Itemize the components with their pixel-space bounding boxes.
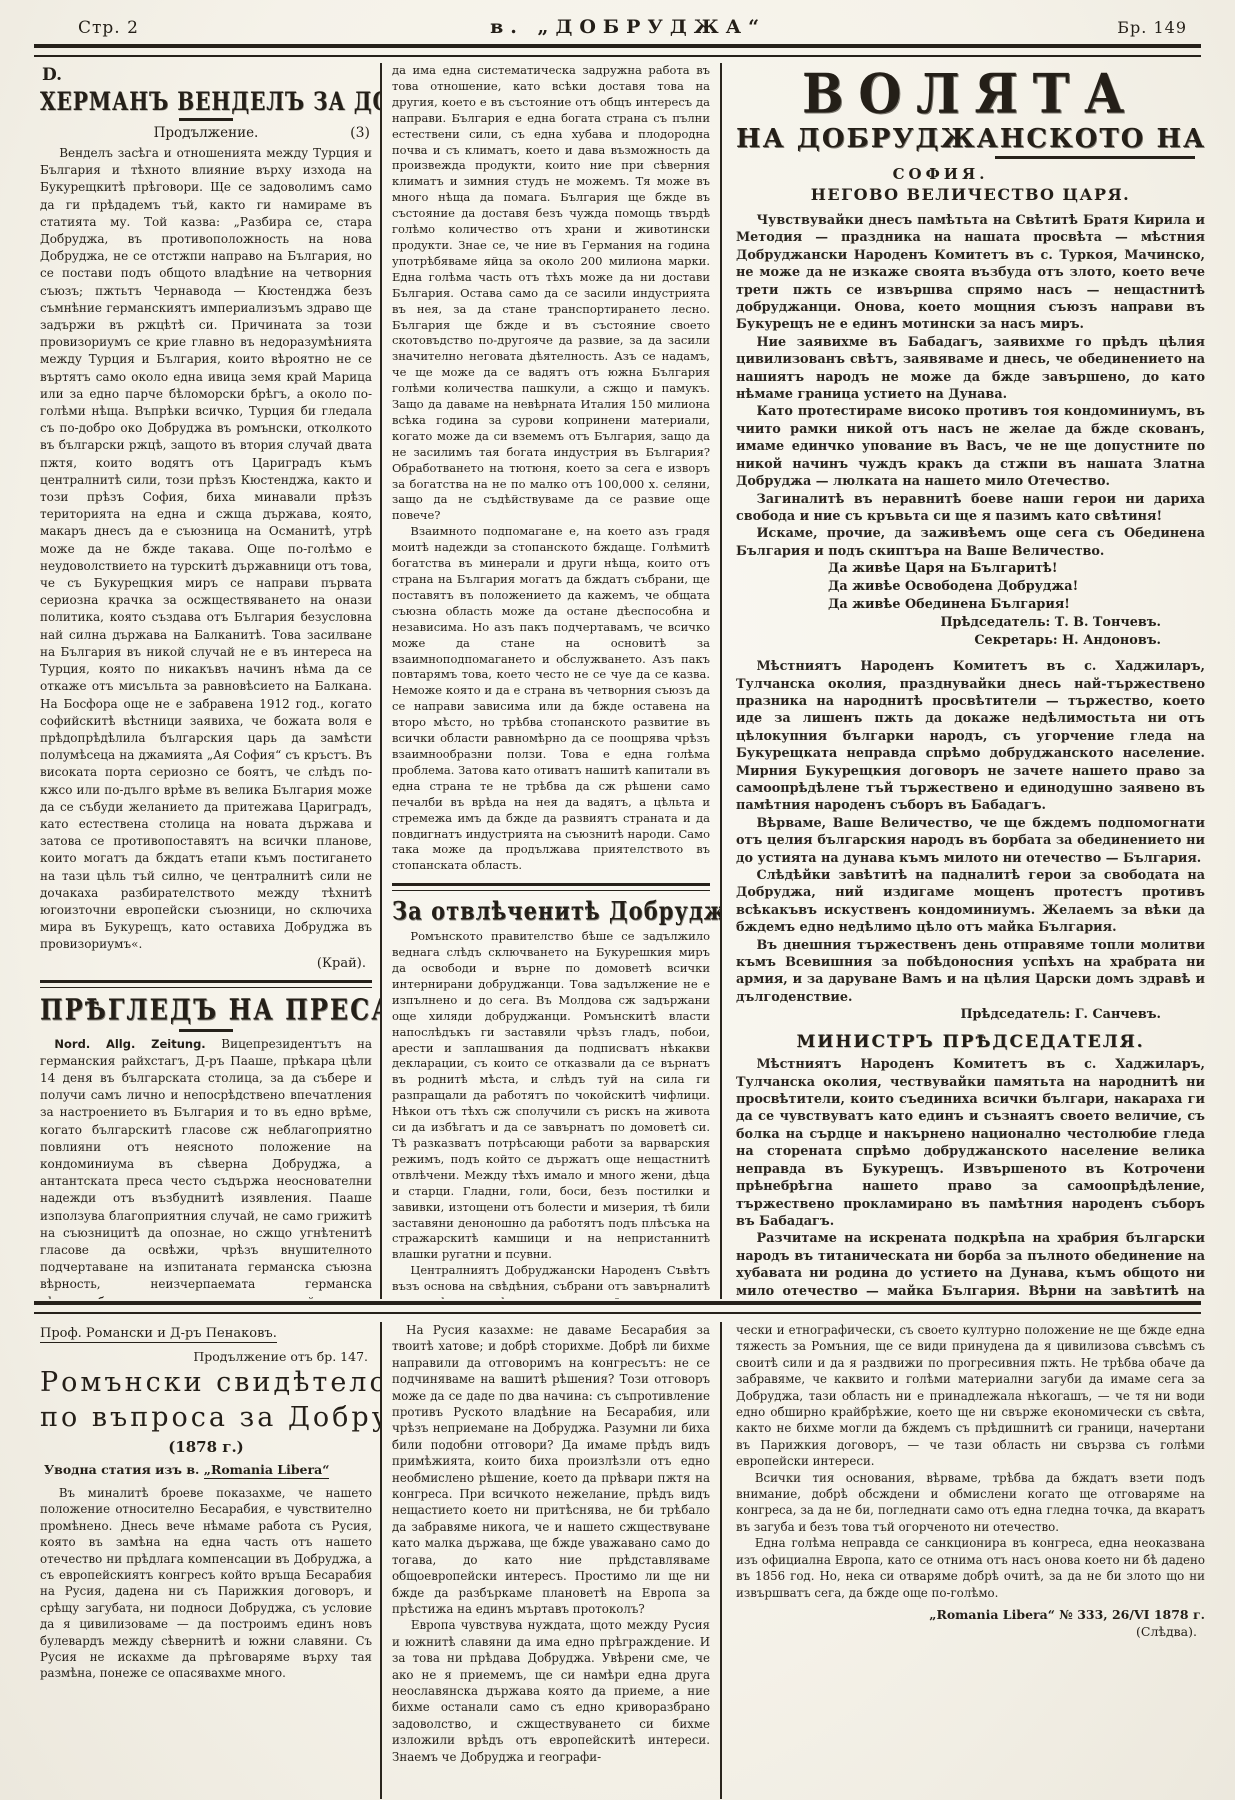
authors-byline: Проф. Романски и Д-ръ Пенаковъ. <box>40 1326 277 1343</box>
wendel-article-title: ХЕРМАНЪ ВЕНДЕЛЪ ЗА ДОБРУДЖА. <box>40 86 372 116</box>
appeal-paragraph: Слѣдѣйки завѣтитѣ на падналитѣ герои за … <box>736 867 1205 937</box>
wendel-paragraph: Венделъ засѣга и отношенията между Турци… <box>40 145 372 954</box>
press-review-paragraph: Nord. Allg. Zeitung. Вицепрезидентътъ на… <box>40 1036 372 1299</box>
romanian-paragraph: Европа чувствува нуждата, щото между Рус… <box>392 1617 710 1765</box>
appeal-paragraph: Вѣрваме, Ваше Величество, че ще бждемъ п… <box>736 815 1205 867</box>
signature-chairman: Прѣдседатель: Т. В. Тончевъ. <box>736 614 1161 632</box>
minister-president-heading: МИНИСТРЪ ПРѢДСЕДАТЕЛЯ. <box>736 1032 1205 1052</box>
appeal-paragraph: Мѣстниятъ Народенъ Комитетъ въ с. Хаджил… <box>736 658 1205 815</box>
column-3: ВОЛЯТА НА ДОБРУДЖАНСКОТО НАСЕЛЕНИЕ СОФИЯ… <box>722 63 1205 1299</box>
newspaper-page: Стр. 2 в. „ДОБРУДЖА“ Бр. 149 D. ХЕРМАНЪ … <box>0 0 1235 1800</box>
title-rule <box>179 118 233 121</box>
press-review-title: ПРѢГЛЕДЪ НА ПРЕСАТА. <box>40 992 372 1027</box>
newspaper-title: в. „ДОБРУДЖА“ <box>490 16 766 38</box>
appeal-title-line2: НА ДОБРУДЖАНСКОТО НАСЕЛЕНИЕ <box>736 124 1205 154</box>
masthead: Стр. 2 в. „ДОБРУДЖА“ Бр. 149 <box>0 0 1235 42</box>
masthead-rule <box>34 44 1201 57</box>
appeal-paragraph: Като протестираме високо противъ тоя кон… <box>736 403 1205 490</box>
appeal-paragraph: Ние заявихме въ Бабадагъ, заявихме го пр… <box>736 334 1205 404</box>
subhead-source-name: „Romania Libera“ <box>204 1462 330 1479</box>
bottom-column-2: На Русия казахме: не даваме Бесарабия за… <box>380 1322 722 1799</box>
slogan: Да живѣе Освободена Добруджа! <box>828 578 1205 596</box>
signature-secretary: Секретарь: Н. Андоновъ. <box>736 632 1161 650</box>
abducted-paragraph: Централниятъ Добруджански Народенъ Съвѣт… <box>392 1263 710 1299</box>
section-rule <box>392 883 710 891</box>
press-continuation-paragraph: Взаимното подпомагане е, на което азъ гр… <box>392 524 710 874</box>
issue-number: Бр. 149 <box>1117 18 1187 37</box>
article-subhead: Уводна статия изъ в. „Romania Libera“ <box>44 1462 372 1477</box>
title-rule <box>179 1029 233 1032</box>
wendel-subtitle-row: Продължение. (3) <box>40 125 372 141</box>
romanian-article-title-line2: по въпроса за Добруджа. <box>40 1401 372 1434</box>
press-review-text: Вицепрезидентътъ на германския райхстагъ… <box>40 1037 372 1299</box>
dateline: СОФИЯ. <box>736 165 1145 183</box>
part-number: (3) <box>350 125 370 141</box>
romanian-paragraph: чески и етнографически, съ своето култур… <box>736 1322 1205 1470</box>
romanian-article-title-line1: Ромънски свидѣтелства <box>40 1366 372 1399</box>
bottom-column-3: чески и етнографически, съ своето култур… <box>722 1322 1205 1799</box>
bottom-column-1: Проф. Романски и Д-ръ Пенаковъ. Продълже… <box>40 1322 380 1799</box>
appeal-paragraph: Мѣстниятъ Народенъ Комитетъ въ с. Хаджил… <box>736 1056 1205 1230</box>
romanian-paragraph: Една голѣма неправда се санкционира въ к… <box>736 1535 1205 1601</box>
appeal-title-line1: ВОЛЯТА <box>724 63 1205 126</box>
bottom-section: Проф. Романски и Д-ръ Пенаковъ. Продълже… <box>0 1314 1235 1799</box>
article-kicker: D. <box>42 65 372 85</box>
appeal-paragraph: Чувствувайки днесъ памѣтьта на Свѣтитѣ Б… <box>736 212 1205 334</box>
romanian-paragraph: На Русия казахме: не даваме Бесарабия за… <box>392 1322 710 1617</box>
press-source-name: Nord. Allg. Zeitung. <box>54 1037 205 1051</box>
article-year: (1878 г.) <box>40 1438 372 1456</box>
appeal-paragraph: Въ днешния тържественъ день отправяме то… <box>736 937 1205 1007</box>
romanian-paragraph: Всички тия основания, вѣрваме, трѣбва да… <box>736 1470 1205 1536</box>
slogan: Да живѣе Обединена България! <box>828 596 1205 614</box>
slogan: Да живѣе Царя на Българитѣ! <box>828 560 1205 578</box>
romanian-paragraph: Въ миналитѣ броеве показахме, че нашето … <box>40 1485 372 1682</box>
abducted-paragraph: Ромънското правителство бѣше се задължил… <box>392 929 710 1263</box>
to-be-continued-mark: (Слѣдва). <box>736 1624 1197 1639</box>
continued-from-note: Продължение отъ бр. 147. <box>40 1349 368 1364</box>
signature-chairman-2: Прѣдседатель: Г. Санчевъ. <box>736 1006 1161 1024</box>
abducted-article-title: За отвлѣченитѣ Добруджанци. <box>392 896 710 926</box>
press-continuation-paragraph: да има една систематическа задружна рабо… <box>392 63 710 524</box>
end-mark: (Край). <box>40 956 366 971</box>
top-section: D. ХЕРМАНЪ ВЕНДЕЛЪ ЗА ДОБРУДЖА. Продълже… <box>0 57 1235 1299</box>
column-1: D. ХЕРМАНЪ ВЕНДЕЛЪ ЗА ДОБРУДЖА. Продълже… <box>40 63 380 1299</box>
continuation-label: Продължение. <box>154 125 259 141</box>
column-2: да има една систематическа задружна рабо… <box>380 63 722 1299</box>
page-number: Стр. 2 <box>78 18 139 38</box>
section-rule <box>40 980 372 988</box>
appeal-paragraph: Загиналитѣ въ неравнитѣ боеве наши герои… <box>736 491 1205 526</box>
section-divider-rule <box>34 1301 1201 1314</box>
appeal-paragraph: Разчитаме на искрената подкрѣпа на храбр… <box>736 1230 1205 1299</box>
addressee: НЕГОВО ВЕЛИЧЕСТВО ЦАРЯ. <box>736 185 1205 204</box>
source-citation: „Romania Libera“ № 333, 26/VI 1878 г. <box>736 1607 1205 1622</box>
title-underline <box>995 156 1195 159</box>
appeal-paragraph: Искаме, прочие, да заживѣемъ още сега съ… <box>736 525 1205 560</box>
subhead-text: Уводна статия изъ в. <box>44 1462 204 1477</box>
